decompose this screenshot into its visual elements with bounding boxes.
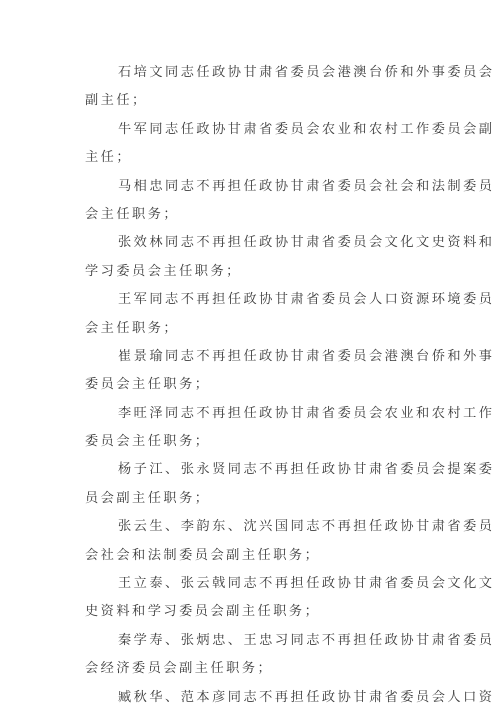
text-line: 员会副主任职务；	[54, 485, 466, 513]
paragraph-removal-wang-litai: 王立泰、张云戟同志不再担任政协甘肃省委员会文化文 史资料和学习委员会副主任职务；	[54, 570, 466, 627]
paragraph-removal-qin-xueshou: 秦学寿、张炳忠、王忠习同志不再担任政协甘肃省委员 会经济委员会副主任职务；	[54, 627, 466, 684]
text-line: 委员会主任职务；	[54, 428, 466, 456]
text-line: 马相忠同志不再担任政协甘肃省委员会社会和法制委员	[54, 173, 466, 201]
text-line: 张效林同志不再担任政协甘肃省委员会文化文史资料和	[54, 229, 466, 257]
text-line: 委员会主任职务；	[54, 371, 466, 399]
paragraph-removal-yang-zijiang: 杨子江、张永贤同志不再担任政协甘肃省委员会提案委 员会副主任职务；	[54, 456, 466, 513]
document-page: 石培文同志任政协甘肃省委员会港澳台侨和外事委员会 副主任； 牛军同志任政协甘肃省…	[54, 59, 466, 707]
paragraph-removal-wang-jun: 王军同志不再担任政协甘肃省委员会人口资源环境委员 会主任职务；	[54, 286, 466, 343]
text-line: 牛军同志任政协甘肃省委员会农业和农村工作委员会副	[54, 116, 466, 144]
text-line: 李旺泽同志不再担任政协甘肃省委员会农业和农村工作	[54, 400, 466, 428]
text-line: 秦学寿、张炳忠、王忠习同志不再担任政协甘肃省委员	[54, 627, 466, 655]
text-line: 史资料和学习委员会副主任职务；	[54, 598, 466, 626]
text-line: 崔景瑜同志不再担任政协甘肃省委员会港澳台侨和外事	[54, 343, 466, 371]
text-line: 会主任职务；	[54, 315, 466, 343]
paragraph-appointment-shi-peiwen: 石培文同志任政协甘肃省委员会港澳台侨和外事委员会 副主任；	[54, 59, 466, 116]
text-line: 张云生、李韵东、沈兴国同志不再担任政协甘肃省委员	[54, 513, 466, 541]
paragraph-removal-zhang-yunsheng: 张云生、李韵东、沈兴国同志不再担任政协甘肃省委员 会社会和法制委员会副主任职务；	[54, 513, 466, 570]
text-line: 杨子江、张永贤同志不再担任政协甘肃省委员会提案委	[54, 456, 466, 484]
paragraph-removal-zhang-xiaolin: 张效林同志不再担任政协甘肃省委员会文化文史资料和 学习委员会主任职务；	[54, 229, 466, 286]
text-line: 副主任；	[54, 87, 466, 115]
paragraph-removal-zang-qiuhua: 臧秋华、范本彦同志不再担任政协甘肃省委员会人口资	[54, 684, 466, 707]
text-line: 会主任职务；	[54, 201, 466, 229]
paragraph-removal-li-wangze: 李旺泽同志不再担任政协甘肃省委员会农业和农村工作 委员会主任职务；	[54, 400, 466, 457]
text-line: 会社会和法制委员会副主任职务；	[54, 542, 466, 570]
text-line: 王军同志不再担任政协甘肃省委员会人口资源环境委员	[54, 286, 466, 314]
paragraph-removal-cui-jingyu: 崔景瑜同志不再担任政协甘肃省委员会港澳台侨和外事 委员会主任职务；	[54, 343, 466, 400]
text-line: 石培文同志任政协甘肃省委员会港澳台侨和外事委员会	[54, 59, 466, 87]
text-line: 臧秋华、范本彦同志不再担任政协甘肃省委员会人口资	[54, 684, 466, 707]
text-line: 学习委员会主任职务；	[54, 258, 466, 286]
text-line: 会经济委员会副主任职务；	[54, 655, 466, 683]
text-line: 主任；	[54, 144, 466, 172]
paragraph-removal-ma-xiangzhong: 马相忠同志不再担任政协甘肃省委员会社会和法制委员 会主任职务；	[54, 173, 466, 230]
paragraph-appointment-niu-jun: 牛军同志任政协甘肃省委员会农业和农村工作委员会副 主任；	[54, 116, 466, 173]
text-line: 王立泰、张云戟同志不再担任政协甘肃省委员会文化文	[54, 570, 466, 598]
